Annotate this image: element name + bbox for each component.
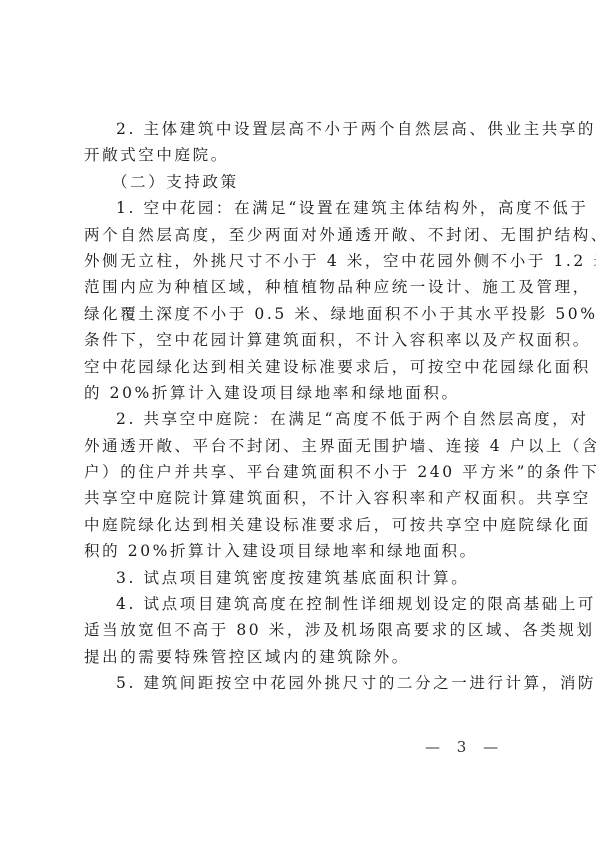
- paragraph-line: 外侧无立柱，外挑尺寸不小于 4 米，空中花园外侧不小于 1.2 米: [84, 248, 508, 274]
- paragraph-line: 开敞式空中庭院。: [84, 142, 508, 168]
- paragraph-line: 两个自然层高度，至少两面对外通透开敞、不封闭、无围护结构、: [84, 222, 508, 248]
- paragraph-line: 户）的住户并共享、平台建筑面积不小于 240 平方米”的条件下，: [84, 459, 508, 485]
- paragraph-line: 4. 试点项目建筑高度在控制性详细规划设定的限高基础上可: [84, 591, 508, 617]
- paragraph-line: 条件下，空中花园计算建筑面积，不计入容积率以及产权面积。: [84, 327, 508, 353]
- section-heading: （二）支持政策: [84, 169, 508, 195]
- paragraph-line: 共享空中庭院计算建筑面积，不计入容积率和产权面积。共享空: [84, 485, 508, 511]
- paragraph-line: 的 20%折算计入建设项目绿地率和绿地面积。: [84, 380, 508, 406]
- paragraph-line: 2. 主体建筑中设置层高不小于两个自然层高、供业主共享的: [84, 116, 508, 142]
- paragraph-line: 外通透开敞、平台不封闭、主界面无围护墙、连接 4 户以上（含 4: [84, 433, 508, 459]
- paragraph-line: 绿化覆土深度不小于 0.5 米、绿地面积不小于其水平投影 50%”的: [84, 301, 508, 327]
- paragraph-line: 5. 建筑间距按空中花园外挑尺寸的二分之一进行计算，消防: [84, 670, 508, 696]
- paragraph-line: 适当放宽但不高于 80 米，涉及机场限高要求的区域、各类规划中: [84, 617, 508, 643]
- paragraph-line: 中庭院绿化达到相关建设标准要求后，可按共享空中庭院绿化面: [84, 512, 508, 538]
- page-number: — 3 —: [425, 738, 504, 756]
- document-body: 2. 主体建筑中设置层高不小于两个自然层高、供业主共享的 开敞式空中庭院。 （二…: [84, 116, 508, 697]
- paragraph-line: 空中花园绿化达到相关建设标准要求后，可按空中花园绿化面积: [84, 354, 508, 380]
- paragraph-line: 积的 20%折算计入建设项目绿地率和绿地面积。: [84, 538, 508, 564]
- paragraph-line: 范围内应为种植区域，种植植物品种应统一设计、施工及管理，: [84, 274, 508, 300]
- paragraph-line: 1. 空中花园：在满足“设置在建筑主体结构外，高度不低于: [84, 195, 508, 221]
- paragraph-line: 2. 共享空中庭院：在满足“高度不低于两个自然层高度，对: [84, 406, 508, 432]
- paragraph-line: 提出的需要特殊管控区域内的建筑除外。: [84, 644, 508, 670]
- paragraph-line: 3. 试点项目建筑密度按建筑基底面积计算。: [84, 565, 508, 591]
